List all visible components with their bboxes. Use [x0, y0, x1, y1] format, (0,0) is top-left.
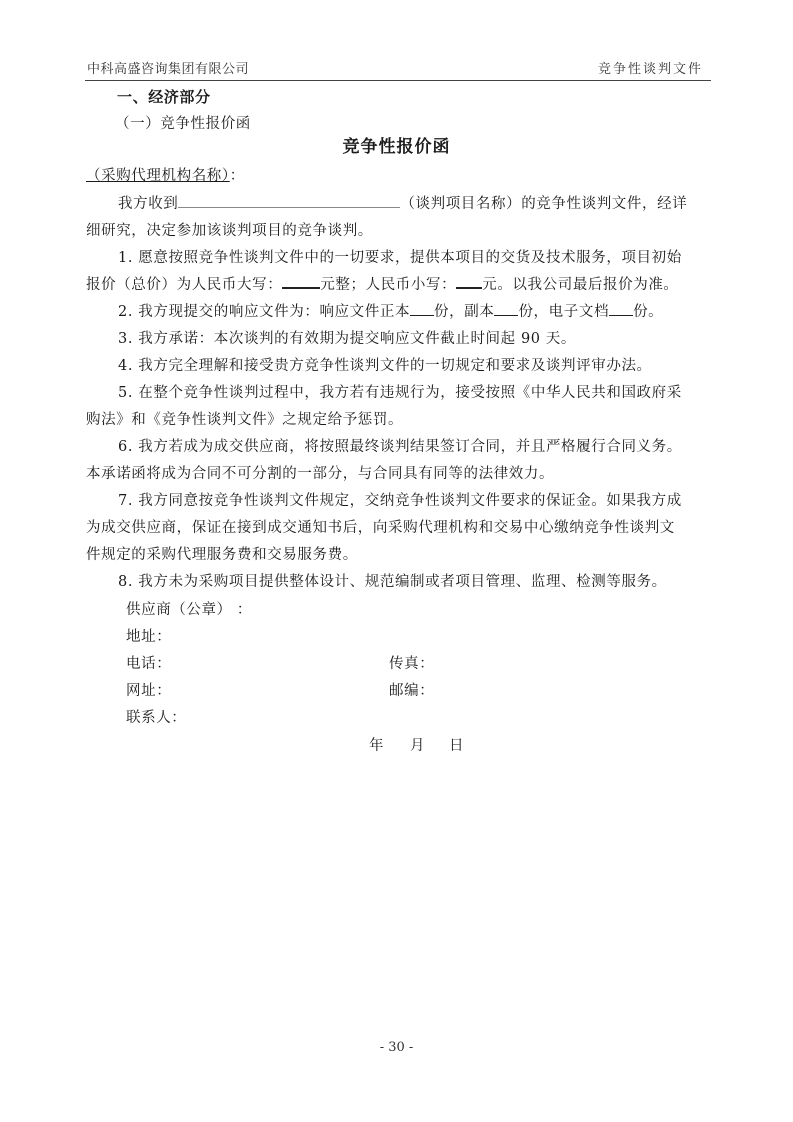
- phone-label: 电话：: [126, 652, 171, 673]
- item-4: 4. 我方完全理解和接受贵方竞争性谈判文件的一切规定和要求及谈判评审办法。: [118, 354, 652, 375]
- postcode-label: 邮编：: [389, 679, 434, 700]
- price-lowercase-blank[interactable]: [456, 273, 482, 289]
- page-header: 中科高盛咨询集团有限公司 竞争性谈判文件: [85, 56, 711, 80]
- item-5-line-2: 购法》和《竞争性谈判文件》之规定给予惩罚。: [86, 408, 403, 429]
- item-7-line-2: 为成交供应商，保证在接到成交通知书后，向采购代理机构和交易中心缴纳竞争性谈判文: [86, 516, 675, 537]
- item-7-line-1: 7. 我方同意按竞争性谈判文件规定，交纳竞争性谈判文件要求的保证金。如果我方成: [118, 489, 682, 510]
- document-type: 竞争性谈判文件: [598, 58, 703, 77]
- item-6-line-1: 6. 我方若成为成交供应商，将按照最终谈判结果签订合同，并且严格履行合同义务。: [118, 435, 682, 456]
- item-1-line-1: 1. 愿意按照竞争性谈判文件中的一切要求，提供本项目的交货及技术服务，项目初始: [118, 246, 682, 267]
- item-3: 3. 我方承诺：本次谈判的有效期为提交响应文件截止时间起 90 天。: [118, 327, 576, 348]
- addressee-field[interactable]: （采购代理机构名称）: [86, 168, 230, 184]
- intro-line-1: 我方收到（谈判项目名称）的竞争性谈判文件，经详: [118, 192, 687, 213]
- addressee-line: （采购代理机构名称）：: [86, 164, 245, 185]
- header-divider: [85, 80, 711, 81]
- duplicate-copies-blank[interactable]: [494, 301, 518, 316]
- item-5-line-1: 5. 在整个竞争性谈判过程中，我方若有违规行为，接受按照《中华人民共和国政府采: [118, 381, 682, 402]
- item-2: 2. 我方现提交的响应文件为：响应文件正本份，副本份，电子文档份。: [118, 300, 663, 321]
- price-uppercase-blank[interactable]: [282, 273, 320, 289]
- item-6-line-2: 本承诺函将成为合同不可分割的一部分，与合同具有同等的法律效力。: [86, 462, 554, 483]
- date-year: 年: [369, 734, 384, 755]
- section-heading: 一、经济部分: [117, 86, 211, 107]
- fax-label: 传真：: [389, 652, 434, 673]
- original-copies-blank[interactable]: [410, 301, 434, 316]
- address-label: 地址：: [126, 625, 171, 646]
- section-subheading: （一）竞争性报价函: [115, 112, 251, 133]
- intro-line-2: 细研究，决定参加该谈判项目的竞争谈判。: [86, 219, 373, 240]
- project-name-blank[interactable]: [178, 193, 400, 208]
- item-8: 8. 我方未为采购项目提供整体设计、规范编制或者项目管理、监理、检测等服务。: [118, 570, 667, 591]
- company-name: 中科高盛咨询集团有限公司: [87, 58, 249, 77]
- website-label: 网址：: [126, 679, 171, 700]
- page-number: - 30 -: [0, 1040, 793, 1055]
- date-day: 日: [449, 734, 464, 755]
- supplier-seal-label: 供应商（公章） ：: [126, 598, 252, 619]
- date-month: 月: [410, 734, 425, 755]
- electronic-copies-blank[interactable]: [609, 301, 633, 316]
- contact-label: 联系人：: [126, 706, 186, 727]
- item-1-line-2: 报价（总价）为人民币大写：元整；人民币小写：元。以我公司最后报价为准。: [86, 273, 679, 294]
- item-7-line-3: 件规定的采购代理服务费和交易服务费。: [86, 543, 358, 564]
- letter-title: 竞争性报价函: [0, 132, 793, 157]
